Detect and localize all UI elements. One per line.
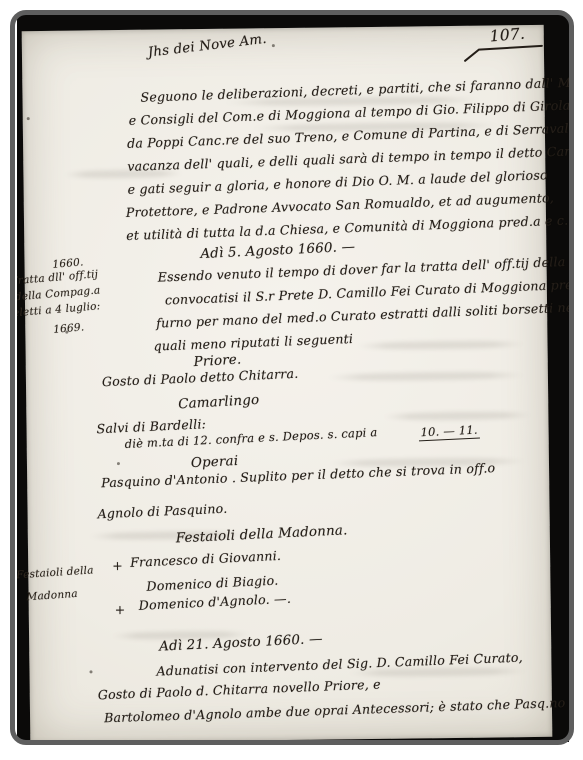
office-name: Agnolo di Pasquino. xyxy=(97,501,227,522)
margin-note-line: 1669. xyxy=(53,321,85,336)
manuscript-paper: 107. Jhs dei Nove Am. Seguono le deliber… xyxy=(22,25,553,742)
office-name: Gosto di Paolo detto Chitarra. xyxy=(102,366,299,390)
office-name: Pasquino d'Antonio . Suplito per il dett… xyxy=(101,460,496,490)
margin-note-line: Festaioli della xyxy=(17,564,94,581)
ink-speck xyxy=(27,117,30,120)
entry-date: Adì 5. Agosto 1660. — xyxy=(200,240,355,262)
bleed-through-mark xyxy=(355,340,525,350)
invocation-line: Jhs dei Nove Am. xyxy=(147,32,267,61)
scan-background: 107. Jhs dei Nove Am. Seguono le deliber… xyxy=(17,15,569,742)
underlined-numbers: 10. — 11. xyxy=(418,423,480,442)
bleed-through-mark xyxy=(382,411,532,421)
plus-mark: + xyxy=(115,602,126,617)
margin-note-line: Madonna xyxy=(26,588,78,603)
folio-underline-mark xyxy=(462,43,548,64)
office-title-festaroli: Festaioli della Madonna. xyxy=(176,523,348,546)
scanned-manuscript-page: 107. Jhs dei Nove Am. Seguono le deliber… xyxy=(0,0,583,760)
bleed-through-mark xyxy=(326,371,526,381)
ink-speck xyxy=(272,44,275,47)
office-note-numbers: 10. — 11. xyxy=(418,423,480,440)
ink-speck xyxy=(89,670,92,673)
festarolo-name: Domenico di Biagio. xyxy=(146,573,279,594)
ink-speck xyxy=(117,462,120,465)
entry-body-line: Gosto di Paolo d. Chitarra novello Prior… xyxy=(97,676,381,702)
entry-body-line: quali meno riputati li seguenti xyxy=(153,331,353,354)
plus-mark: + xyxy=(112,558,123,573)
festarolo-name: Domenico d'Agnolo. —. xyxy=(138,591,291,613)
office-title-operai: Operai xyxy=(191,454,239,471)
office-title-camarlingo: Camarlingo xyxy=(178,393,260,413)
entry-body-line: Bartolomeo d'Agnolo ambe due oprai Antec… xyxy=(104,695,566,725)
festarolo-name: Francesco di Giovanni. xyxy=(130,548,282,570)
margin-note-line: eletti a 4 luglio: xyxy=(17,300,101,319)
